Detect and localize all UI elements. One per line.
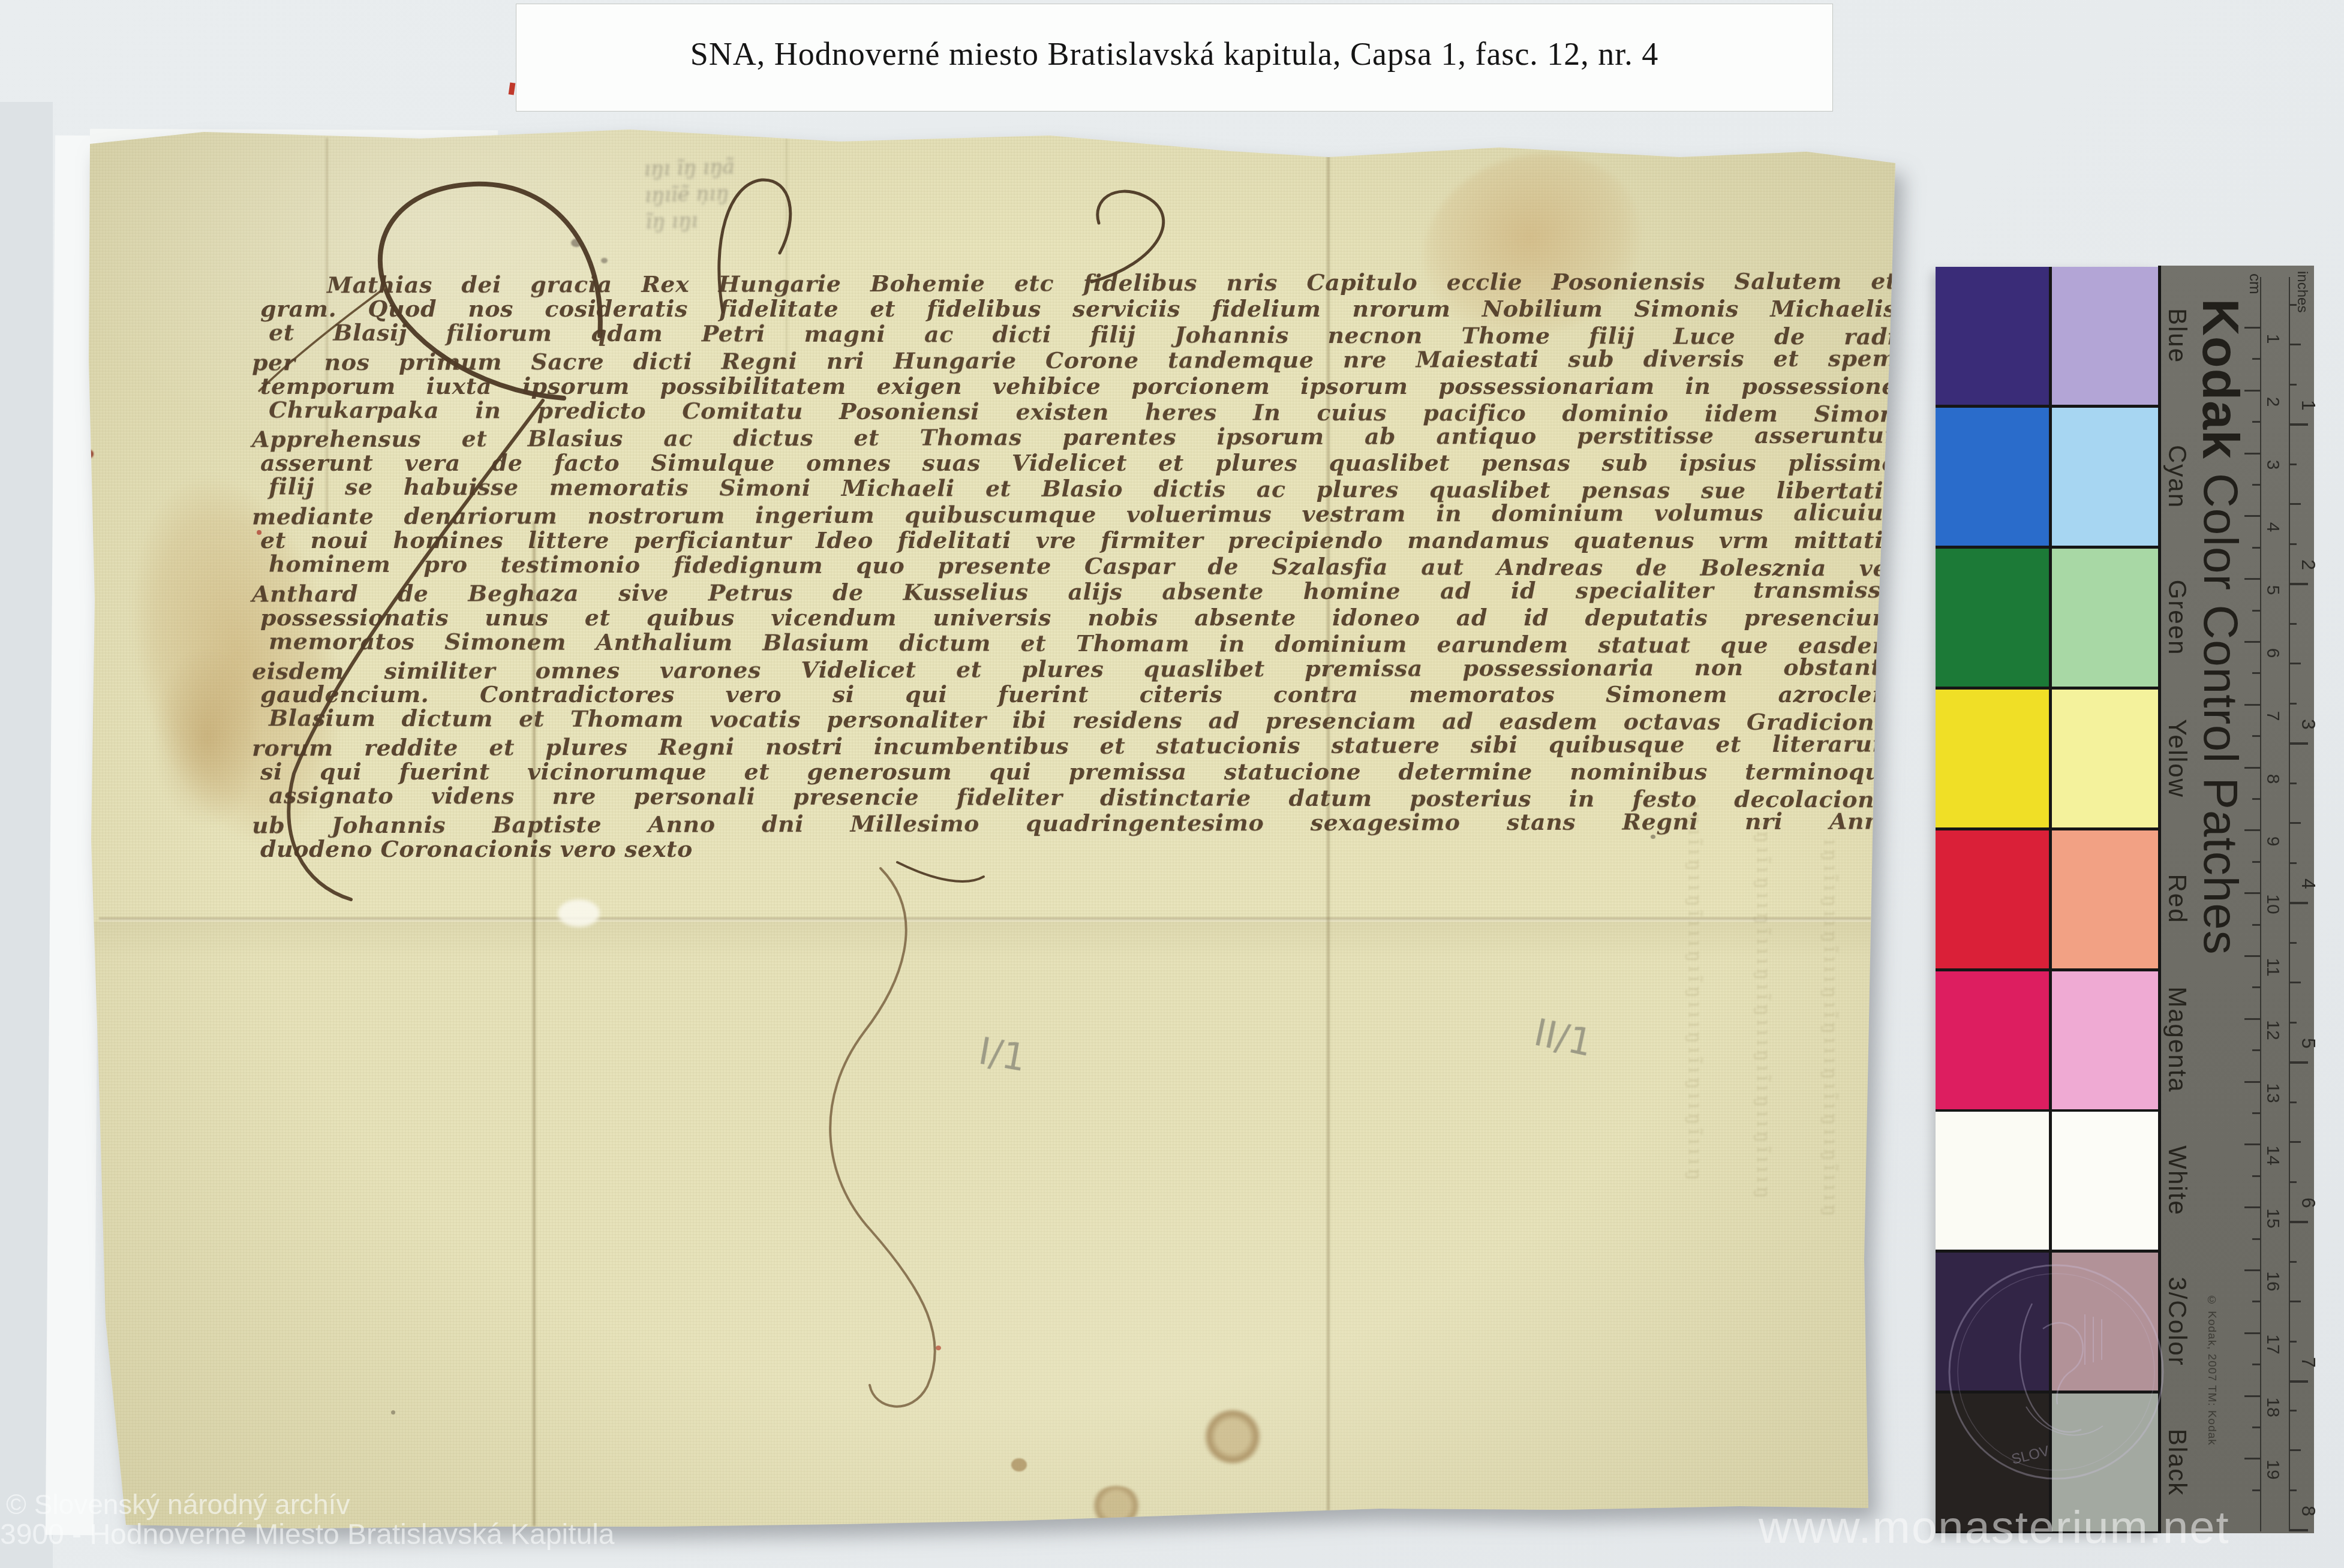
cm-number-8: 8 <box>2262 774 2283 784</box>
pencil-annotation-left: I/1 <box>975 1029 1029 1081</box>
cm-tick-4 <box>2244 515 2260 517</box>
patch-blue-dark <box>1936 267 2049 405</box>
cm-number-3: 3 <box>2262 460 2283 470</box>
cm-number-16: 16 <box>2262 1271 2283 1291</box>
cm-number-1: 1 <box>2262 334 2283 344</box>
inch-qtick-8-1 <box>2290 1489 2297 1491</box>
patch-yellow-dark <box>1936 690 2049 827</box>
cm-halftick-6 <box>2252 672 2260 674</box>
patch-red-dark <box>1936 830 2049 968</box>
patch-cyan-light <box>2052 408 2158 546</box>
inch-tick-8 <box>2290 1529 2308 1531</box>
inch-tick-2 <box>2290 583 2308 585</box>
cm-number-9: 9 <box>2262 836 2283 847</box>
inch-qtick-7-3 <box>2290 1261 2297 1263</box>
patch-label-yellow: Yellow <box>2163 719 2192 798</box>
cm-halftick-15 <box>2252 1238 2260 1240</box>
cm-number-2: 2 <box>2262 397 2283 407</box>
cm-halftick-2 <box>2252 421 2260 423</box>
inch-number-1: 1 <box>2297 400 2319 411</box>
patch-label-red: Red <box>2163 874 2192 924</box>
cm-halftick-5 <box>2252 610 2260 612</box>
cm-number-11: 11 <box>2262 958 2283 976</box>
patch-label-white: White <box>2163 1146 2192 1216</box>
cm-number-14: 14 <box>2262 1145 2283 1165</box>
cm-tick-7 <box>2244 704 2260 706</box>
patch-magenta-light <box>2052 971 2158 1109</box>
cm-number-17: 17 <box>2262 1334 2283 1354</box>
cm-halftick-8 <box>2252 798 2260 800</box>
cm-halftick-12 <box>2252 1049 2260 1051</box>
cm-tick-6 <box>2244 641 2260 643</box>
cm-halftick-1 <box>2252 358 2260 360</box>
ghost-text-column-2: ıŋıĩıŋııŋĩıııŋıĩŋıııŋıĩıŋııŋĩıııŋ <box>1753 821 1774 1481</box>
manuscript-line-4: per nos primum Sacre dicti Regni nri Hun… <box>252 346 1897 374</box>
cm-tick-8 <box>2244 767 2260 769</box>
patch-label-green: Green <box>2163 579 2192 655</box>
inches-caption: inches <box>2294 271 2310 312</box>
cm-tick-15 <box>2244 1206 2260 1208</box>
cm-halftick-3 <box>2252 484 2260 486</box>
cm-tick-12 <box>2244 1018 2260 1020</box>
patch-yellow-light <box>2052 690 2158 827</box>
patch-label-magenta: Magenta <box>2163 987 2192 1093</box>
manuscript-line-8: asserunt vera de facto Simulque omnes su… <box>260 451 1897 475</box>
cm-halftick-17 <box>2252 1364 2260 1365</box>
inch-qtick-3-3 <box>2290 623 2297 625</box>
cm-tick-17 <box>2244 1332 2260 1334</box>
inch-tick-7 <box>2290 1380 2308 1383</box>
cm-tick-19 <box>2244 1458 2260 1459</box>
inch-qtick-1-2 <box>2290 344 2301 345</box>
cm-number-19: 19 <box>2262 1459 2283 1479</box>
ghost-text-column-1: ıŋıĩıŋııŋĩıııŋıĩŋıııŋıĩıŋııŋĩıııŋ <box>1684 803 1705 1499</box>
cm-axis <box>2260 277 2261 1531</box>
inch-qtick-5-1 <box>2290 1022 2297 1024</box>
red-ink-spot-small <box>67 1042 74 1048</box>
cm-tick-3 <box>2244 453 2260 455</box>
cm-halftick-10 <box>2252 924 2260 926</box>
watermark-archive-line1: © Slovenský národný archív <box>6 1488 350 1521</box>
patch-white-dark <box>1936 1112 2049 1250</box>
cm-tick-2 <box>2244 390 2260 392</box>
patch-magenta-dark <box>1936 971 2049 1109</box>
manuscript-line-5: temporum iuxta ipsorum possibilitatem ex… <box>260 374 1897 398</box>
cm-tick-11 <box>2244 955 2260 957</box>
cm-caption: cm <box>2246 273 2264 294</box>
cm-halftick-13 <box>2252 1112 2260 1114</box>
cm-tick-1 <box>2244 327 2260 329</box>
watermark-monasterium: www.monasterium.net <box>1759 1501 2230 1554</box>
cm-halftick-18 <box>2252 1426 2260 1428</box>
cm-number-15: 15 <box>2262 1208 2283 1228</box>
stamp-rim-text: SLOV <box>2010 1443 2051 1468</box>
inch-qtick-6-2 <box>2290 1141 2301 1143</box>
inch-number-6: 6 <box>2297 1197 2319 1208</box>
archive-label-strip: SNA, Hodnoverné miesto Bratislavská kapi… <box>516 4 1833 112</box>
inch-number-4: 4 <box>2297 878 2319 889</box>
cm-tick-9 <box>2244 829 2260 831</box>
cm-tick-16 <box>2244 1269 2260 1271</box>
inch-qtick-2-2 <box>2290 503 2301 505</box>
inch-tick-4 <box>2290 902 2308 904</box>
manuscript-line-3: et Blasij filiorum qdam Petri magni ac d… <box>269 320 1897 348</box>
inch-qtick-1-3 <box>2290 304 2297 306</box>
cm-number-10: 10 <box>2262 894 2283 914</box>
archive-stamp-watermark: SLOV <box>1942 1257 2176 1491</box>
cm-number-18: 18 <box>2262 1397 2283 1417</box>
inch-number-2: 2 <box>2297 559 2319 570</box>
manuscript-line-1: Mathias dei gracia Rex Hungarie Bohemie … <box>327 269 1897 297</box>
manuscript-line-17: gaudencium. Contradictores vero si qui f… <box>260 682 1897 706</box>
inch-tick-1 <box>2290 423 2308 426</box>
inch-qtick-6-3 <box>2290 1101 2297 1103</box>
cm-halftick-4 <box>2252 547 2260 549</box>
cm-number-6: 6 <box>2262 648 2283 658</box>
inch-qtick-4-2 <box>2290 822 2301 824</box>
cm-number-4: 4 <box>2262 522 2283 532</box>
inch-qtick-5-3 <box>2290 942 2297 944</box>
manuscript-line-10: mediante denariorum nostrorum ingerium q… <box>252 501 1897 529</box>
inch-qtick-3-1 <box>2290 703 2297 705</box>
inch-qtick-5-2 <box>2290 982 2301 983</box>
cm-halftick-11 <box>2252 986 2260 988</box>
manuscript-line-7: Apprehensus et Blasius ac dictus et Thom… <box>252 423 1897 452</box>
inch-qtick-4-1 <box>2290 862 2297 864</box>
cm-number-12: 12 <box>2262 1020 2283 1040</box>
archive-label-text: SNA, Hodnoverné miesto Bratislavská kapi… <box>516 35 1832 73</box>
manuscript-line-2: gram. Quod nos cosideratis fidelitate et… <box>260 297 1897 321</box>
inch-qtick-8-2 <box>2290 1449 2301 1451</box>
patch-white-light <box>2052 1112 2158 1250</box>
cm-halftick-19 <box>2252 1489 2260 1491</box>
cm-tick-13 <box>2244 1081 2260 1083</box>
inch-qtick-1-1 <box>2290 384 2297 386</box>
cm-tick-10 <box>2244 892 2260 894</box>
manuscript-line-23: duodeno Coronacionis vero sexto <box>260 837 1897 861</box>
manuscript-line-11: et noui homines littere perficiantur Ide… <box>260 528 1897 552</box>
patch-label-cyan: Cyan <box>2163 445 2192 508</box>
manuscript-line-20: si qui fuerint vicinorumque et generosum… <box>260 760 1897 784</box>
inch-qtick-4-3 <box>2290 783 2297 784</box>
patch-red-light <box>2052 830 2158 968</box>
watermark-archive-line2: 3900 - Hodnoverné Miesto Bratislavská Ka… <box>0 1518 615 1551</box>
manuscript-line-16: eisdem similiter omnes varones Videlicet… <box>252 655 1897 683</box>
ghost-text-column-3: ıŋıĩıŋııŋĩıııŋıĩŋıııŋıĩıŋııŋĩıııŋ <box>1820 839 1841 1463</box>
inch-qtick-6-1 <box>2290 1181 2297 1183</box>
manuscript-line-12: hominem pro testimonio fidedignum quo pr… <box>269 552 1897 580</box>
inch-number-3: 3 <box>2297 719 2319 730</box>
manuscript-line-22: ub Johannis Baptiste Anno dni Millesimo … <box>252 809 1897 837</box>
inch-number-7: 7 <box>2297 1357 2319 1368</box>
kodak-wordmark: Kodak <box>2192 299 2249 459</box>
patch-cyan-dark <box>1936 408 2049 546</box>
inch-qtick-8-3 <box>2290 1410 2297 1411</box>
inch-tick-6 <box>2290 1221 2308 1223</box>
cm-tick-14 <box>2244 1143 2260 1145</box>
inch-qtick-2-3 <box>2290 464 2297 465</box>
manuscript-line-14: possessionatis unus et quibus vicendum u… <box>260 606 1897 630</box>
cm-halftick-7 <box>2252 735 2260 737</box>
cm-halftick-16 <box>2252 1301 2260 1302</box>
scan-page: ıŋı ĩŋ ıŋã ıŋıĩẽ ņıŋ ĩŋ ıŋı Mathias dei … <box>0 0 2344 1568</box>
inch-qtick-7-2 <box>2290 1301 2301 1302</box>
cm-tick-18 <box>2244 1395 2260 1397</box>
inch-tick-3 <box>2290 742 2308 745</box>
inches-axis <box>2289 277 2290 1531</box>
manuscript-line-15: memoratos Simonem Anthalium Blasium dict… <box>269 629 1897 657</box>
cm-number-13: 13 <box>2262 1083 2283 1103</box>
kodak-title-rest: Color Control Patches <box>2194 459 2247 955</box>
inch-number-8: 8 <box>2297 1506 2319 1516</box>
patch-green-light <box>2052 549 2158 687</box>
cm-halftick-9 <box>2252 861 2260 863</box>
manuscript-line-13: Anthard de Beghaza sive Petrus de Kussel… <box>252 577 1897 606</box>
cm-number-7: 7 <box>2262 711 2283 721</box>
inch-tick-5 <box>2290 1061 2308 1064</box>
inch-qtick-7-1 <box>2290 1341 2297 1343</box>
inch-number-5: 5 <box>2297 1038 2319 1049</box>
patch-green-dark <box>1936 549 2049 687</box>
inch-qtick-2-1 <box>2290 543 2297 545</box>
cm-halftick-14 <box>2252 1175 2260 1177</box>
manuscript-line-19: rorum reddite et plures Regni nostri inc… <box>252 732 1897 760</box>
inch-qtick-3-2 <box>2290 663 2301 664</box>
patch-label-blue: Blue <box>2163 308 2192 363</box>
cm-number-5: 5 <box>2262 585 2283 595</box>
cm-tick-5 <box>2244 578 2260 580</box>
kodak-copyright: © Kodak, 2007 TM: Kodak <box>2205 1294 2218 1446</box>
patch-blue-light <box>2052 267 2158 405</box>
kodak-brand-title: Kodak Color Control Patches <box>2190 299 2250 955</box>
